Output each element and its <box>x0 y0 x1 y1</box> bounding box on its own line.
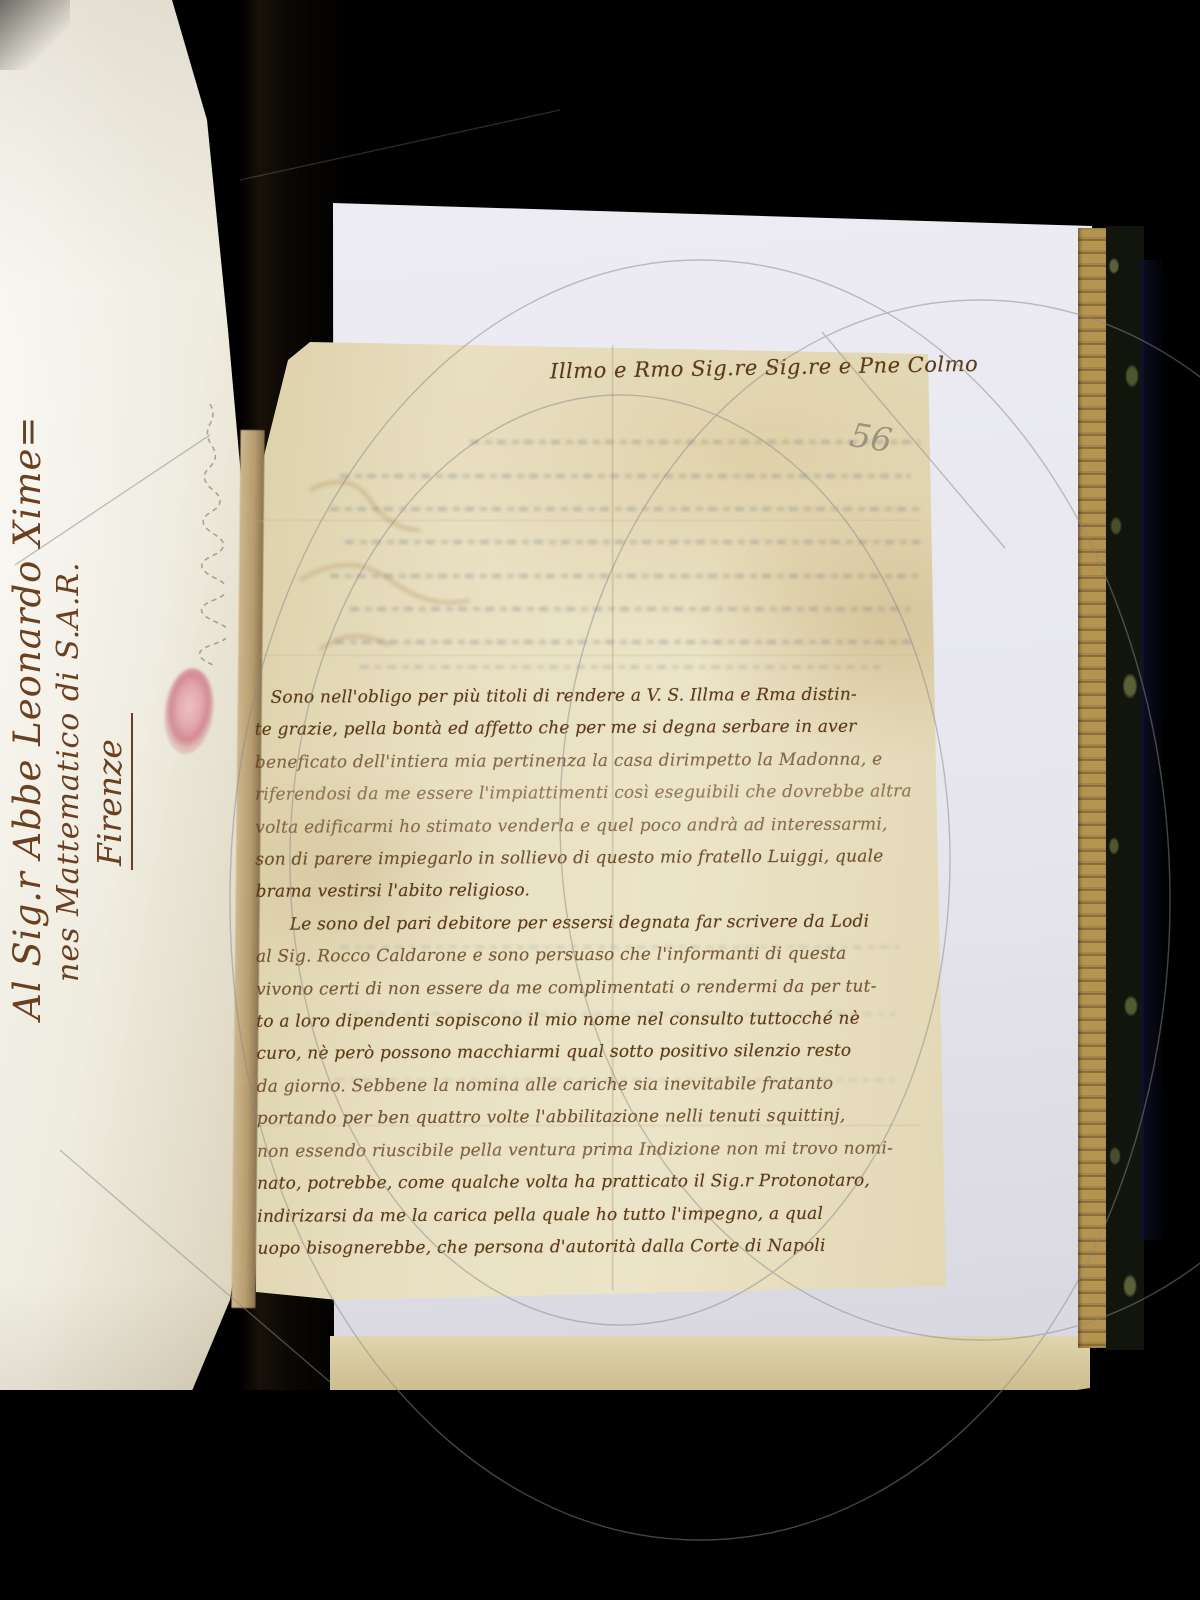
letter-body-line: to a loro dipendenti sopiscono il mio no… <box>256 1002 934 1038</box>
ink-ghost-strokes <box>290 460 510 690</box>
edge-annotation <box>196 398 226 678</box>
top-left-shadow <box>0 0 70 70</box>
address-line: Al Sig.r Abbe Leonardo Xime= <box>6 420 49 1020</box>
cover-board-edge <box>1140 260 1162 1240</box>
background-bottom <box>0 1390 1200 1600</box>
manuscript-photo: Al Sig.r Abbe Leonardo Xime= nes Mattema… <box>0 0 1200 1600</box>
page-number: 56 <box>847 415 895 460</box>
letter-body-line: nato, potrebbe, come qualche volta ha pr… <box>257 1164 935 1200</box>
letter-body-line: beneficato dell'intiera mia pertinenza l… <box>255 743 933 779</box>
letter-body-line: volta edificarmi ho stimato venderla e q… <box>255 808 933 844</box>
address-line: Firenze <box>90 713 133 870</box>
letter-body-line: Le sono del pari debitore per essersi de… <box>290 905 934 941</box>
letter-body-line: vivono certi di non essere da me complim… <box>256 970 934 1006</box>
letter-body-line: riferendosi da me essere l'impiattimenti… <box>255 775 933 811</box>
letter-body-line: curo, nè però possono macchiarmi qual so… <box>256 1035 934 1071</box>
letter-body-line: te grazie, pella bontà ed affetto che pe… <box>255 711 933 747</box>
letter-body-line: al Sig. Rocco Caldarone e sono persuaso … <box>256 937 934 973</box>
letter-body-line: son di parere impiegarlo in sollievo di … <box>255 840 933 876</box>
letter-body-line: da giorno. Sebbene la nomina alle carich… <box>257 1067 935 1103</box>
letter-body-line: portando per ben quattro volte l'abbilit… <box>257 1100 935 1136</box>
book-page-edges <box>1078 228 1106 1348</box>
address-line: nes Mattematico di S.A.R. <box>51 420 86 982</box>
marbled-cover-board <box>1106 226 1144 1350</box>
letter-body-line: brama vestirsi l'abito religioso. <box>255 873 933 909</box>
letter-body-line: uopo bisognerebbe, che persona d'autorit… <box>257 1229 935 1265</box>
letter-body-line: Sono nell'obligo per più titoli di rende… <box>270 678 932 714</box>
letter-body: Sono nell'obligo per più titoli di rende… <box>254 678 935 1265</box>
letter-body-line: indirizarsi da me la carica pella quale … <box>257 1197 935 1233</box>
letter-body-line: non essendo riuscibile pella ventura pri… <box>257 1132 935 1168</box>
